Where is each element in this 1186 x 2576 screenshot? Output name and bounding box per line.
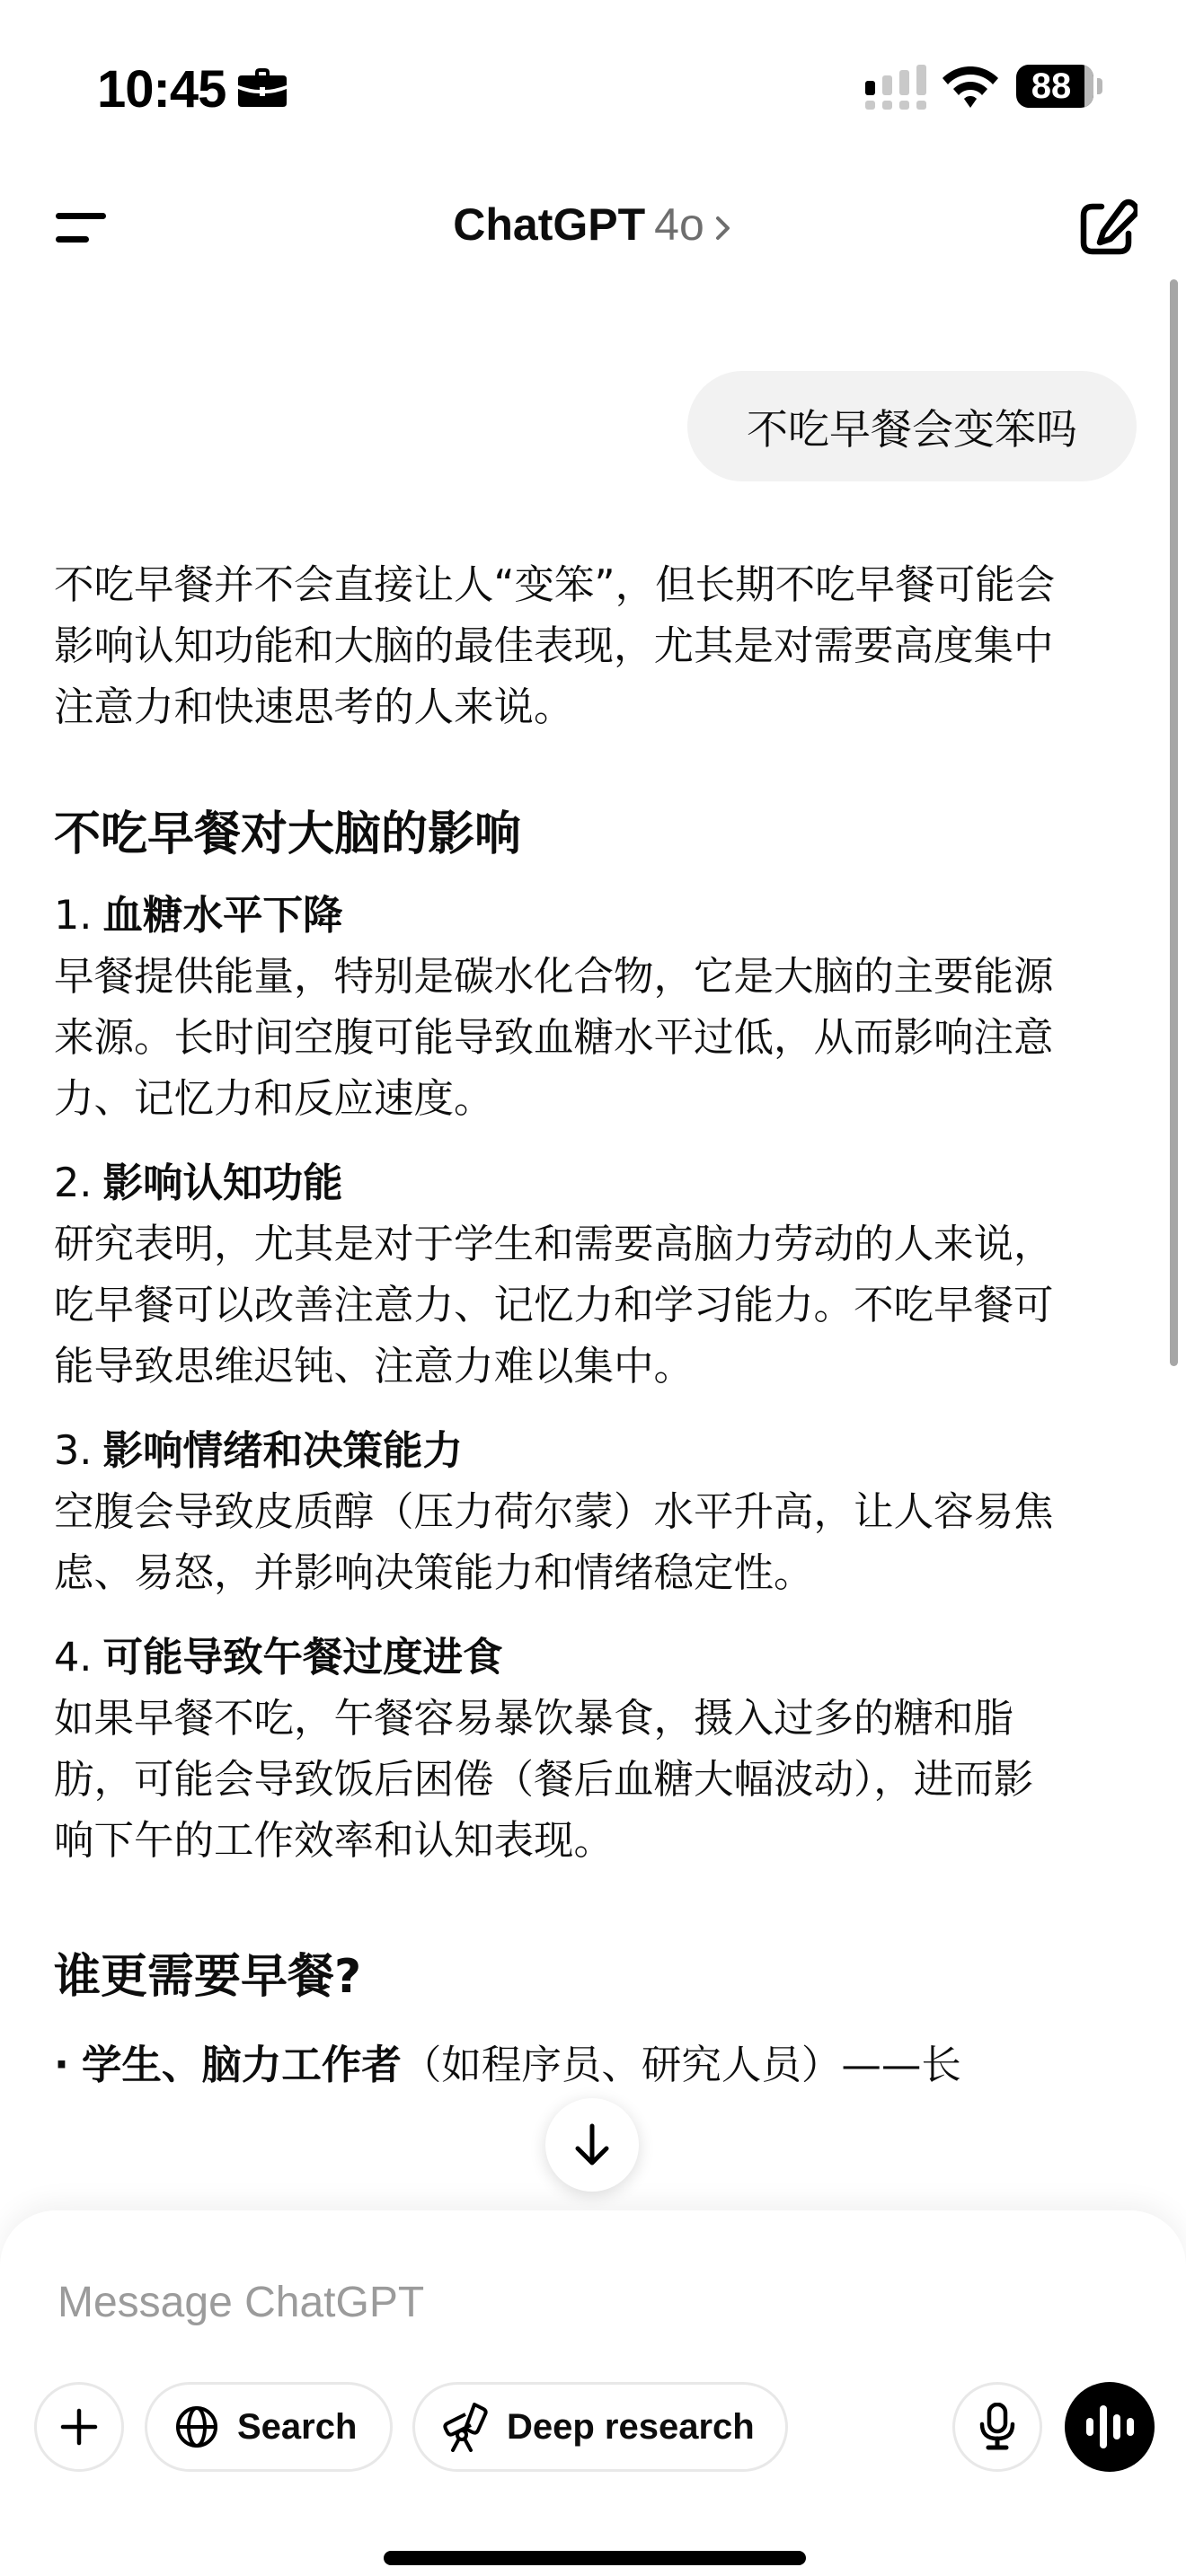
scrollbar[interactable] <box>1170 279 1178 1366</box>
voice-mode-button[interactable] <box>1065 2382 1155 2472</box>
search-button[interactable]: Search <box>145 2382 393 2472</box>
deep-research-label: Deep research <box>507 2407 755 2448</box>
bullet-text: （如程序员、研究人员）——长 <box>402 2042 961 2088</box>
list-item-body: 研究表明，尤其是对于学生和需要高脑力劳动的人来说，吃早餐可以改善注意力、记忆力和… <box>54 1214 1069 1398</box>
section-heading-who: 谁更需要早餐? <box>54 1945 1069 2008</box>
status-time: 10:45 <box>97 59 226 119</box>
list-item: 1.血糖水平下降 早餐提供能量，特别是碳水化合物，它是大脑的主要能源来源。长时间… <box>54 886 1069 1130</box>
telescope-icon <box>442 2402 489 2452</box>
composer: Search Deep research <box>0 2210 1186 2576</box>
battery-level: 88 <box>1016 66 1086 106</box>
home-indicator[interactable] <box>384 2551 806 2565</box>
list-item-title: 影响情绪和决策能力 <box>102 1428 463 1474</box>
user-message-bubble: 不吃早餐会变笨吗 <box>687 371 1137 481</box>
globe-icon <box>174 2404 219 2449</box>
bullet-bold: 学生、脑力工作者 <box>82 2042 402 2088</box>
list-item: 3.影响情绪和决策能力 空腹会导致皮质醇（压力荷尔蒙）水平升高，让人容易焦虑、易… <box>54 1421 1069 1604</box>
plus-icon <box>59 2407 99 2447</box>
search-label: Search <box>237 2407 357 2448</box>
list-item-body: 如果早餐不吃，午餐容易暴饮暴食，摄入过多的糖和脂肪，可能会导致饭后困倦（餐后血糖… <box>54 1689 1069 1872</box>
list-item-title: 影响认知功能 <box>102 1160 342 1206</box>
arrow-down-icon <box>572 2122 612 2167</box>
briefcase-icon <box>238 67 287 107</box>
model-name: 4o <box>654 199 704 250</box>
section-heading-effects: 不吃早餐对大脑的影响 <box>54 803 1069 866</box>
deep-research-button[interactable]: Deep research <box>412 2382 788 2472</box>
wifi-icon <box>943 66 998 108</box>
assistant-message: 不吃早餐并不会直接让人“变笨”，但长期不吃早餐可能会影响认知功能和大脑的最佳表现… <box>54 555 1069 2096</box>
bullet-item: ·学生、脑力工作者（如程序员、研究人员）——长 <box>54 2035 1069 2096</box>
assistant-intro: 不吃早餐并不会直接让人“变笨”，但长期不吃早餐可能会影响认知功能和大脑的最佳表现… <box>54 555 1069 738</box>
chevron-right-icon <box>713 215 733 242</box>
battery-icon: 88 <box>1016 65 1102 108</box>
app-title: ChatGPT <box>453 199 645 250</box>
cellular-signal-icon <box>865 65 926 110</box>
list-item-title: 血糖水平下降 <box>102 893 342 939</box>
message-input[interactable] <box>58 2266 1118 2338</box>
model-selector[interactable]: ChatGPT4o <box>0 198 1186 251</box>
dictation-button[interactable] <box>952 2382 1042 2472</box>
nav-header: ChatGPT4o <box>0 171 1186 287</box>
voice-mode-icon <box>1084 2402 1135 2452</box>
new-chat-icon[interactable] <box>1075 196 1137 259</box>
list-item: 2.影响认知功能 研究表明，尤其是对于学生和需要高脑力劳动的人来说，吃早餐可以改… <box>54 1153 1069 1398</box>
list-item-body: 空腹会导致皮质醇（压力荷尔蒙）水平升高，让人容易焦虑、易怒，并影响决策能力和情绪… <box>54 1482 1069 1604</box>
list-item-title: 可能导致午餐过度进食 <box>102 1635 502 1681</box>
bullet-dot: · <box>54 2042 69 2088</box>
attach-button[interactable] <box>34 2382 124 2472</box>
microphone-icon <box>979 2403 1015 2451</box>
list-item: 4.可能导致午餐过度进食 如果早餐不吃，午餐容易暴饮暴食，摄入过多的糖和脂肪，可… <box>54 1628 1069 1872</box>
status-bar: 10:45 88 <box>0 0 1186 171</box>
scroll-to-bottom-button[interactable] <box>545 2098 639 2192</box>
list-item-body: 早餐提供能量，特别是碳水化合物，它是大脑的主要能源来源。长时间空腹可能导致血糖水… <box>54 947 1069 1130</box>
